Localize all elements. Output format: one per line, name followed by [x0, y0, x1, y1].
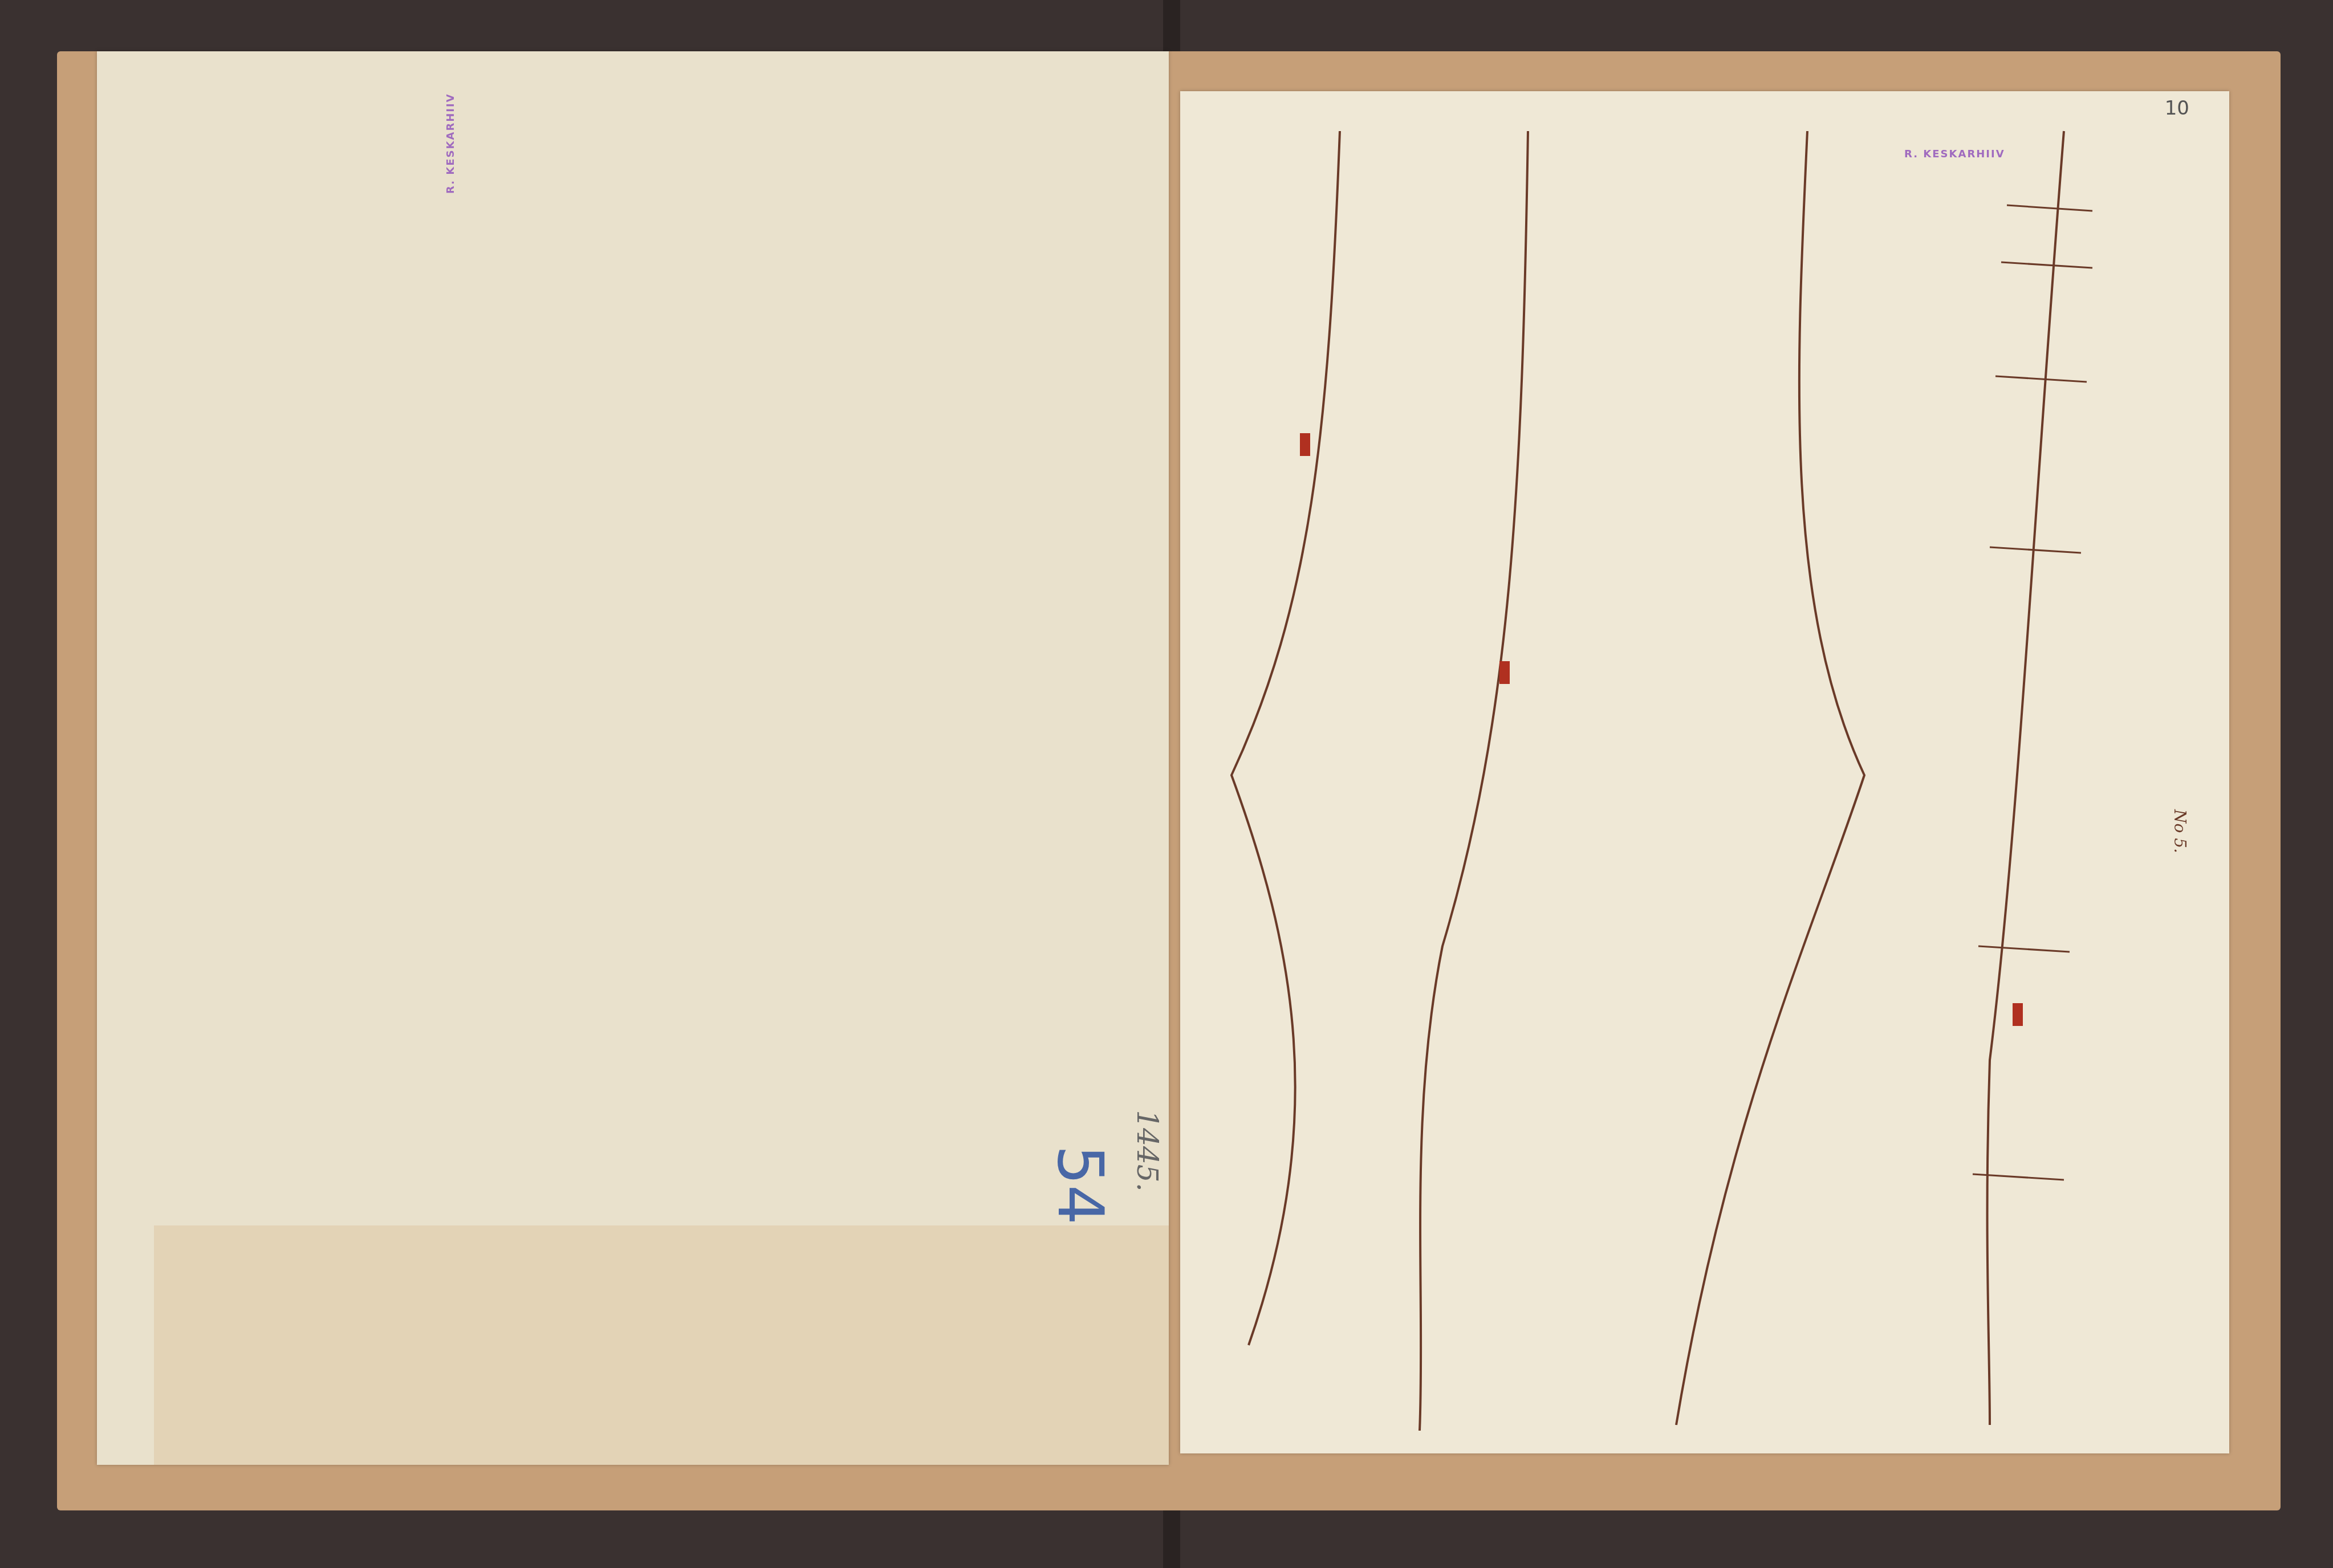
right-page: R. KESKARHIIV 10 No 5. — [1180, 91, 2229, 1453]
map-marker-label: No 5. — [2171, 809, 2189, 853]
archive-stamp-left: R. KESKARHIIV — [445, 93, 457, 194]
route-map — [1180, 91, 2229, 1453]
folded-flap — [154, 1225, 1169, 1465]
pencil-note: 1445. — [1131, 1110, 1164, 1191]
